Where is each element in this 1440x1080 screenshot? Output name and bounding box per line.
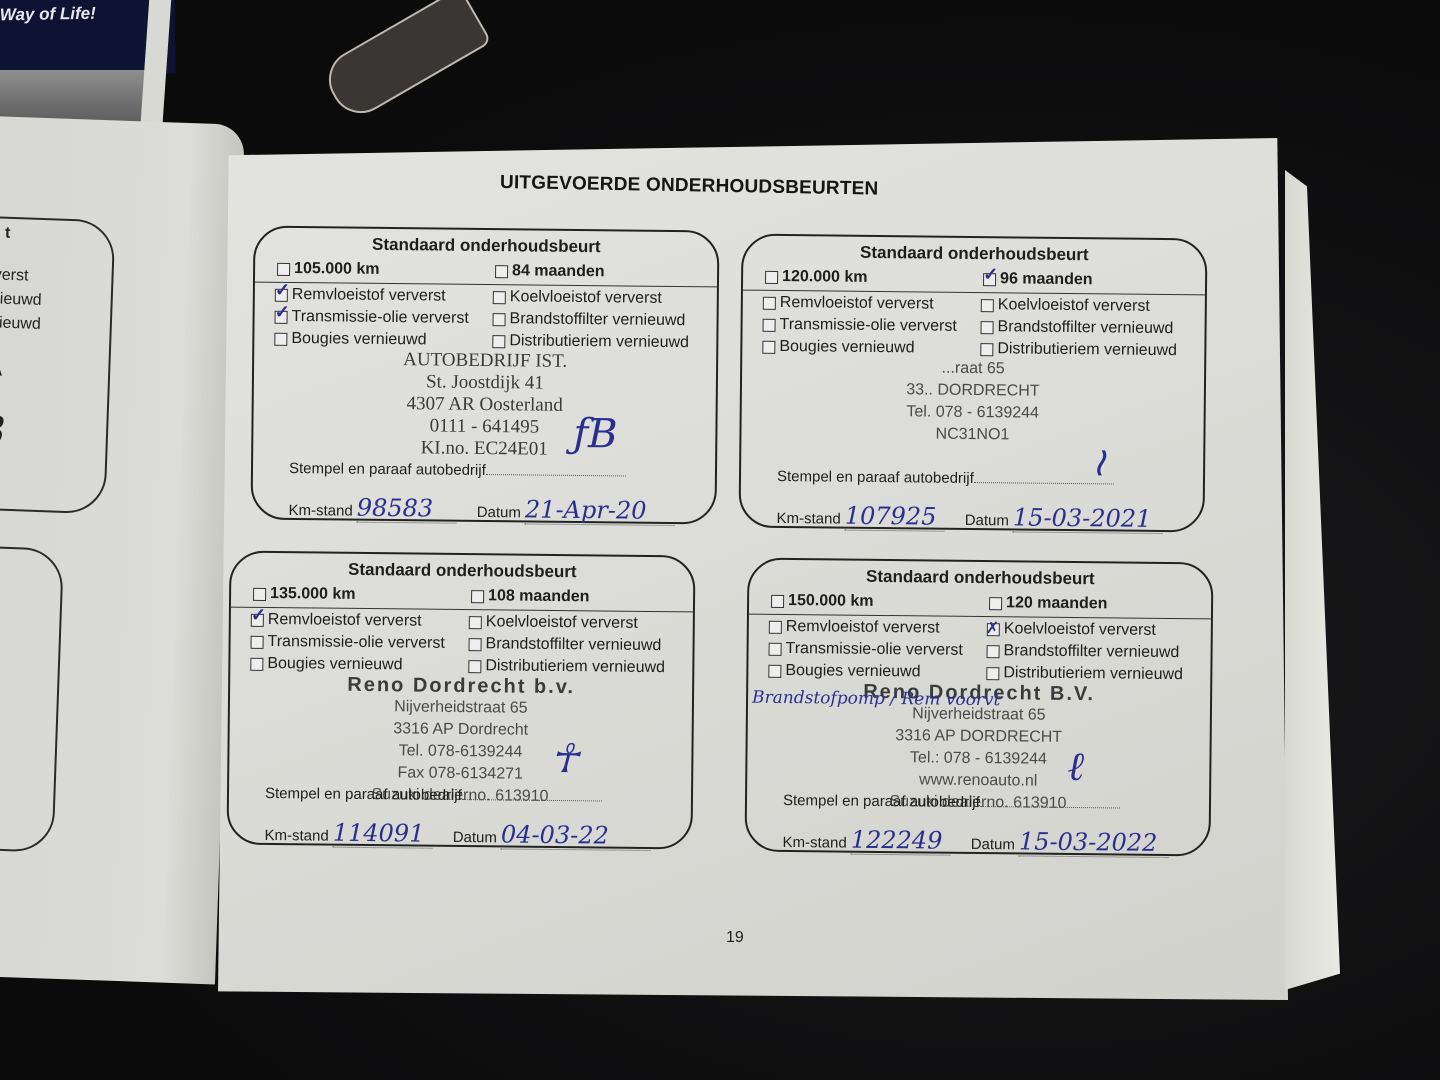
service-item-label: Distributieriem vernieuwd [485, 657, 665, 677]
service-date: 15-03-2021 [1013, 503, 1163, 534]
km-date-row: Km-stand 98583 Datum 21-Apr-20 [288, 493, 675, 526]
signature-label: Stempel en paraaf autobedrijf [265, 785, 602, 806]
left-fragment: t [5, 225, 11, 243]
service-item-label: Brandstoffilter vernieuwd [997, 318, 1173, 338]
service-item[interactable]: Distributieriem vernieuwd [986, 664, 1183, 684]
handwritten-signature: ≀ [1091, 439, 1106, 485]
service-date: 15-03-2022 [1019, 827, 1169, 858]
service-item-label: Bougies vernieuwd [291, 330, 426, 349]
km-interval-label: 105.000 km [294, 260, 380, 279]
service-item-label: Brandstoffilter vernieuwd [509, 310, 685, 330]
page-number: 19 [726, 929, 744, 947]
checkbox[interactable] [250, 657, 263, 670]
handwritten-note: Brandstofpomp / Rem voorvt [752, 688, 1001, 711]
months-interval-option[interactable]: 108 maanden [471, 587, 590, 606]
checkbox[interactable] [769, 642, 782, 655]
left-fragment: vernieuwd [0, 289, 42, 310]
handwritten-signature: ƒB [573, 411, 618, 457]
service-item-label: Transmissie-olie ververst [780, 316, 957, 336]
service-item[interactable]: Transmissie-olie ververst [251, 633, 445, 653]
months-interval-option[interactable]: 96 maanden [983, 270, 1093, 289]
checkbox[interactable] [253, 587, 266, 600]
service-item-label: Remvloeistof ververst [268, 611, 422, 631]
service-date: 21-Apr-20 [525, 495, 675, 526]
card-header: Standaard onderhoudsbeurt [743, 242, 1205, 267]
service-item-label: Distributieriem vernieuwd [1003, 664, 1183, 684]
checkbox[interactable] [763, 296, 776, 309]
checkbox[interactable] [471, 590, 484, 603]
km-date-row: Km-stand 122249 Datum 15-03-2022 [782, 825, 1169, 858]
checkbox[interactable] [980, 343, 993, 356]
signature-line [486, 474, 626, 476]
km-reading: 114091 [333, 819, 433, 849]
checkbox[interactable] [981, 321, 994, 334]
service-item[interactable]: Bougies vernieuwd [250, 655, 402, 675]
service-item-label: Koelvloeistof ververst [486, 613, 638, 633]
checkbox[interactable] [989, 597, 1002, 610]
service-card-150000: Standaard onderhoudsbeurt 150.000 km 120… [744, 558, 1213, 857]
service-item-label: Remvloeistof ververst [780, 294, 934, 314]
service-item-label: Bougies vernieuwd [267, 655, 402, 674]
km-interval-option[interactable]: 105.000 km [277, 260, 380, 279]
checkbox[interactable] [469, 616, 482, 629]
service-item[interactable]: Transmissie-olie ververst [769, 640, 963, 660]
service-item[interactable]: Brandstoffilter vernieuwd [980, 318, 1173, 338]
page-stack-edge [1285, 170, 1340, 990]
checkbox[interactable] [765, 270, 778, 283]
service-item-label: Distributieriem vernieuwd [509, 332, 689, 352]
service-item[interactable]: Remvloeistof ververst [251, 611, 422, 631]
service-item[interactable]: Transmissie-olie ververst [275, 308, 469, 328]
service-card-105000: Standaard onderhoudsbeurt 105.000 km 84 … [250, 226, 719, 525]
checkbox[interactable] [987, 623, 1000, 636]
service-item[interactable]: Koelvloeistof ververst [987, 620, 1156, 640]
months-interval-label: 120 maanden [1006, 594, 1108, 613]
left-fragment: A [0, 358, 3, 381]
checkbox[interactable] [986, 667, 999, 680]
dealer-stamp: ...raat 6533.. DORDRECHTTel. 078 - 61392… [741, 356, 1204, 449]
checkbox[interactable] [768, 664, 781, 677]
km-reading: 98583 [357, 494, 457, 524]
checkbox[interactable] [493, 291, 506, 304]
handwritten-signature: ☥ [549, 736, 579, 782]
service-item[interactable]: Transmissie-olie ververst [763, 316, 957, 336]
checkbox[interactable] [469, 638, 482, 651]
checkbox[interactable] [771, 594, 784, 607]
checkbox[interactable] [251, 613, 264, 626]
service-item-label: Transmissie-olie ververst [786, 640, 963, 660]
left-signature: B [0, 408, 6, 455]
service-item[interactable]: Bougies vernieuwd [768, 662, 920, 682]
checkbox[interactable] [277, 262, 290, 275]
left-page: t erverst vernieuwd vernieuwd A B 201 st… [0, 116, 245, 985]
stamp-line: NC31NO1 [741, 422, 1203, 449]
checkbox[interactable] [495, 265, 508, 278]
km-label: Km-stand [288, 502, 352, 520]
service-item[interactable]: Koelvloeistof ververst [981, 296, 1150, 316]
months-interval-label: 96 maanden [1000, 270, 1093, 289]
checkbox[interactable] [468, 660, 481, 673]
service-item-label: Transmissie-olie ververst [292, 308, 469, 328]
checkbox[interactable] [981, 299, 994, 312]
service-item-label: Remvloeistof ververst [292, 286, 446, 306]
service-item[interactable]: Brandstoffilter vernieuwd [492, 310, 685, 330]
km-interval-label: 135.000 km [270, 585, 356, 604]
service-item[interactable]: Distributieriem vernieuwd [468, 657, 665, 677]
checkbox[interactable] [275, 310, 288, 323]
km-reading: 107925 [845, 502, 945, 532]
km-interval-label: 120.000 km [782, 268, 868, 287]
signature-label-text: Stempel en paraaf autobedrijf [783, 792, 980, 811]
service-item[interactable]: Koelvloeistof ververst [469, 613, 638, 633]
service-card-135000: Standaard onderhoudsbeurt 135.000 km 108… [226, 551, 695, 850]
checkbox[interactable] [493, 313, 506, 326]
left-fragment: erverst [0, 266, 29, 286]
signature-label-text: Stempel en paraaf autobedrijf [265, 785, 462, 804]
km-interval-option[interactable]: 120.000 km [765, 268, 868, 287]
service-item-label: Remvloeistof ververst [786, 618, 940, 638]
service-date: 04-03-22 [501, 820, 651, 851]
months-interval-label: 84 maanden [512, 262, 605, 281]
date-label: Datum [965, 512, 1009, 529]
service-item-label: Distributieriem vernieuwd [997, 340, 1177, 360]
service-item[interactable]: Remvloeistof ververst [763, 294, 934, 314]
km-reading: 122249 [851, 826, 951, 856]
checkbox[interactable] [274, 332, 287, 345]
checkbox[interactable] [251, 635, 264, 648]
service-item-label: Transmissie-olie ververst [268, 633, 445, 653]
stamp-line: KI.no. EC24E01 [253, 436, 715, 463]
service-item-label: Koelvloeistof ververst [1004, 620, 1156, 640]
signature-label: Stempel en paraaf autobedrijf [777, 468, 1114, 489]
months-interval-label: 108 maanden [488, 587, 590, 606]
service-card-120000: Standaard onderhoudsbeurt 120.000 km 96 … [738, 234, 1207, 533]
checkbox[interactable] [492, 335, 505, 348]
left-card-top: t erverst vernieuwd vernieuwd A B 201 [0, 213, 116, 514]
signature-line [462, 799, 602, 801]
signature-label: Stempel en paraaf autobedrijf [783, 792, 1120, 813]
date-label: Datum [453, 829, 497, 846]
km-interval-option[interactable]: 135.000 km [253, 585, 356, 604]
left-fragment: vernieuwd [0, 313, 41, 334]
signature-label: Stempel en paraaf autobedrijf [289, 460, 626, 481]
km-label: Km-stand [264, 827, 328, 845]
dealer-stamp: AUTOBEDRIJF IST.St. Joostdijk 414307 AR … [253, 348, 716, 463]
card-header: Standaard onderhoudsbeurt [255, 234, 717, 259]
service-item[interactable]: Distributieriem vernieuwd [980, 340, 1177, 360]
service-item[interactable]: Brandstoffilter vernieuwd [468, 635, 661, 655]
service-item-label: Brandstoffilter vernieuwd [1003, 642, 1179, 662]
service-item-label: Brandstoffilter vernieuwd [485, 635, 661, 655]
months-interval-option[interactable]: 84 maanden [495, 262, 605, 281]
date-label: Datum [971, 836, 1015, 853]
handwritten-signature: ℓ [1067, 743, 1084, 790]
service-item[interactable]: Distributieriem vernieuwd [492, 332, 689, 352]
signature-line [980, 806, 1120, 808]
signature-label-text: Stempel en paraaf autobedrijf [777, 468, 974, 487]
km-date-row: Km-stand 114091 Datum 04-03-22 [264, 818, 651, 851]
service-item[interactable]: Remvloeistof ververst [769, 618, 940, 638]
service-item[interactable]: Koelvloeistof ververst [493, 288, 662, 308]
km-interval-label: 150.000 km [788, 592, 874, 611]
km-label: Km-stand [782, 834, 846, 852]
signature-label-text: Stempel en paraaf autobedrijf [289, 460, 486, 479]
checkbox[interactable] [275, 288, 288, 301]
km-date-row: Km-stand 107925 Datum 15-03-2021 [776, 501, 1163, 534]
service-item-label: Bougies vernieuwd [785, 662, 920, 681]
service-item-label: Koelvloeistof ververst [998, 296, 1150, 316]
car-key [318, 0, 492, 124]
date-label: Datum [477, 504, 521, 521]
service-item[interactable]: Bougies vernieuwd [762, 338, 914, 358]
checkbox[interactable] [987, 645, 1000, 658]
months-interval-option[interactable]: 120 maanden [989, 594, 1108, 613]
service-item[interactable]: Remvloeistof ververst [275, 286, 446, 306]
service-item-label: Bougies vernieuwd [779, 338, 914, 357]
service-item[interactable]: Bougies vernieuwd [274, 330, 426, 350]
km-label: Km-stand [776, 510, 840, 528]
service-item-label: Koelvloeistof ververst [510, 288, 662, 308]
left-card-bottom: st euwd euwd [0, 542, 64, 853]
km-interval-option[interactable]: 150.000 km [771, 592, 874, 611]
book-cover-text: Way of Life! [0, 4, 96, 26]
service-item[interactable]: Brandstoffilter vernieuwd [986, 642, 1179, 662]
card-header: Standaard onderhoudsbeurt [231, 559, 693, 584]
checkbox[interactable] [983, 273, 996, 286]
checkbox[interactable] [762, 340, 775, 353]
card-header: Standaard onderhoudsbeurt [749, 566, 1211, 591]
checkbox[interactable] [769, 620, 782, 633]
checkbox[interactable] [763, 318, 776, 331]
